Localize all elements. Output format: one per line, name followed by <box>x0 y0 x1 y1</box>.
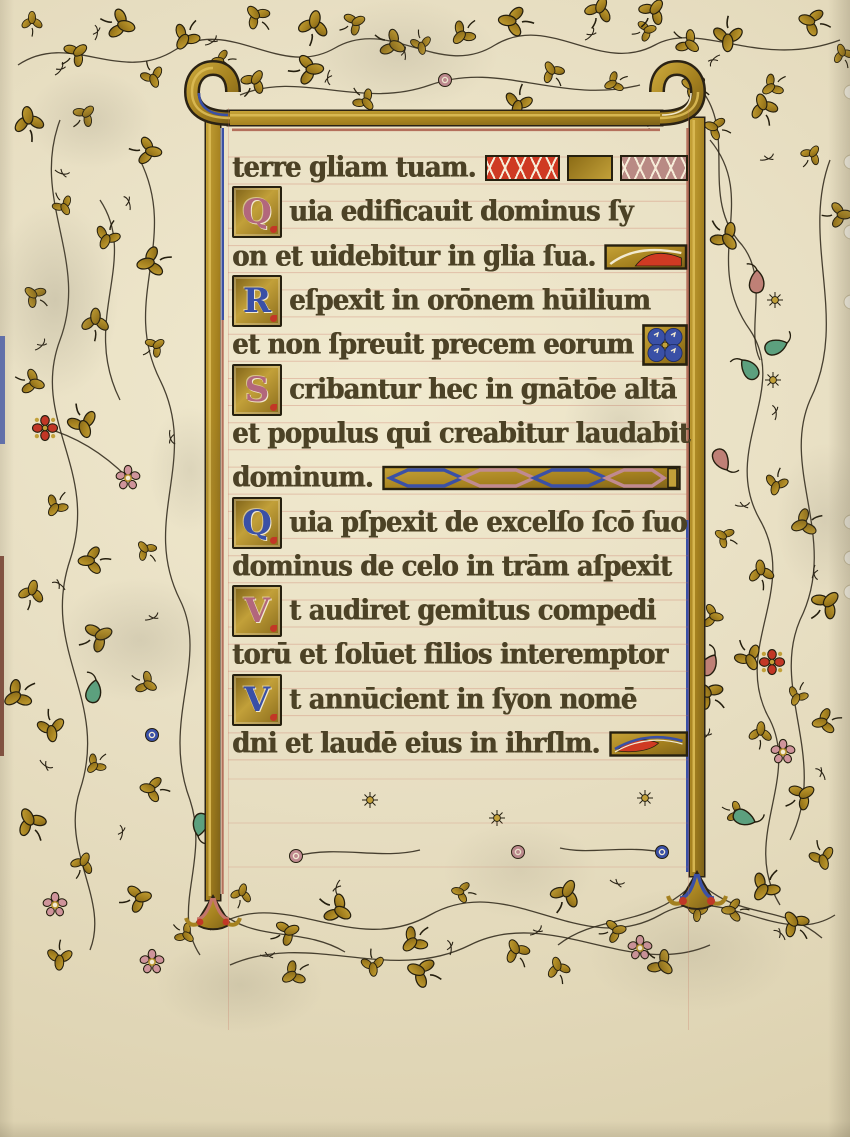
line-text: eſpexit in orōnem hūilium <box>289 285 650 317</box>
line-text: et populus qui creabitur laudabit <box>232 418 690 450</box>
page-edge-maroon-mark <box>0 556 4 756</box>
illuminated-initial: V <box>232 585 282 637</box>
text-line: dominum. <box>232 456 688 500</box>
text-line: terre gliam tuam. <box>232 146 688 190</box>
filler-red-zigzag <box>485 155 561 181</box>
line-text: uia edificauit dominus ſy <box>289 196 633 228</box>
text-line: dni et laudē eius in ihrſlm. <box>232 722 688 766</box>
text-line: on et uidebitur in glia ſua. <box>232 235 688 279</box>
line-text: terre gliam tuam. <box>232 152 476 184</box>
illuminated-initial: V <box>232 674 282 726</box>
page-edge-notches <box>844 85 850 599</box>
text-line: Reſpexit in orōnem hūilium <box>232 279 688 323</box>
filler-mauve-zigzag <box>620 155 689 181</box>
initial-red-accent <box>270 404 277 411</box>
text-line: Quia edificauit dominus ſy <box>232 190 688 234</box>
illuminated-initial: Q <box>232 497 282 549</box>
illuminated-initial: Q <box>232 186 282 238</box>
initial-red-accent <box>270 537 277 544</box>
line-text: torū et ſolūet filios interemptor <box>232 639 667 671</box>
line-filler-flower-blue <box>642 324 688 366</box>
initial-red-accent <box>270 714 277 721</box>
line-filler-leaf-blue <box>609 731 688 757</box>
text-block: terre gliam tuam.Quia edificauit dominus… <box>232 146 688 766</box>
filler-gold-bar <box>567 155 612 181</box>
text-line: torū et ſolūet filios interemptor <box>232 633 688 677</box>
line-text: on et uidebitur in glia ſua. <box>232 241 595 273</box>
line-filler-leaf-red <box>604 244 688 270</box>
text-line: Vt audiret gemitus compedi <box>232 589 688 633</box>
page-edge-blue-mark <box>0 336 5 444</box>
initial-red-accent <box>270 226 277 233</box>
manuscript-page: terre gliam tuam.Quia edificauit dominus… <box>0 0 850 1137</box>
line-text: uia pſpexit de excelſo ſcō ſuo <box>289 506 687 538</box>
illuminated-initial: R <box>232 275 282 327</box>
line-text: t annūcient in ſyon nomē <box>289 684 636 716</box>
text-line: Vt annūcient in ſyon nomē <box>232 678 688 722</box>
text-line: Quia pſpexit de excelſo ſcō ſuo <box>232 500 688 544</box>
text-line: et populus qui creabitur laudabit <box>232 412 688 456</box>
initial-red-accent <box>270 315 277 322</box>
text-line: Scribantur hec in gnātōe altā <box>232 367 688 411</box>
line-text: dominus de celo in trām aſpexit <box>232 551 671 583</box>
line-text: dni et laudē eius in ihrſlm. <box>232 728 600 760</box>
text-line: et non ſpreuit precem eorum <box>232 323 688 367</box>
line-filler-tri <box>485 155 688 181</box>
initial-red-accent <box>270 625 277 632</box>
illuminated-initial: S <box>232 364 282 416</box>
text-line: dominus de celo in trām aſpexit <box>232 545 688 589</box>
line-text: cribantur hec in gnātōe altā <box>289 373 676 405</box>
line-text: t audiret gemitus compedi <box>289 595 655 627</box>
line-text: dominum. <box>232 462 373 494</box>
line-filler-chain <box>382 465 682 491</box>
line-text: et non ſpreuit precem eorum <box>232 329 633 361</box>
